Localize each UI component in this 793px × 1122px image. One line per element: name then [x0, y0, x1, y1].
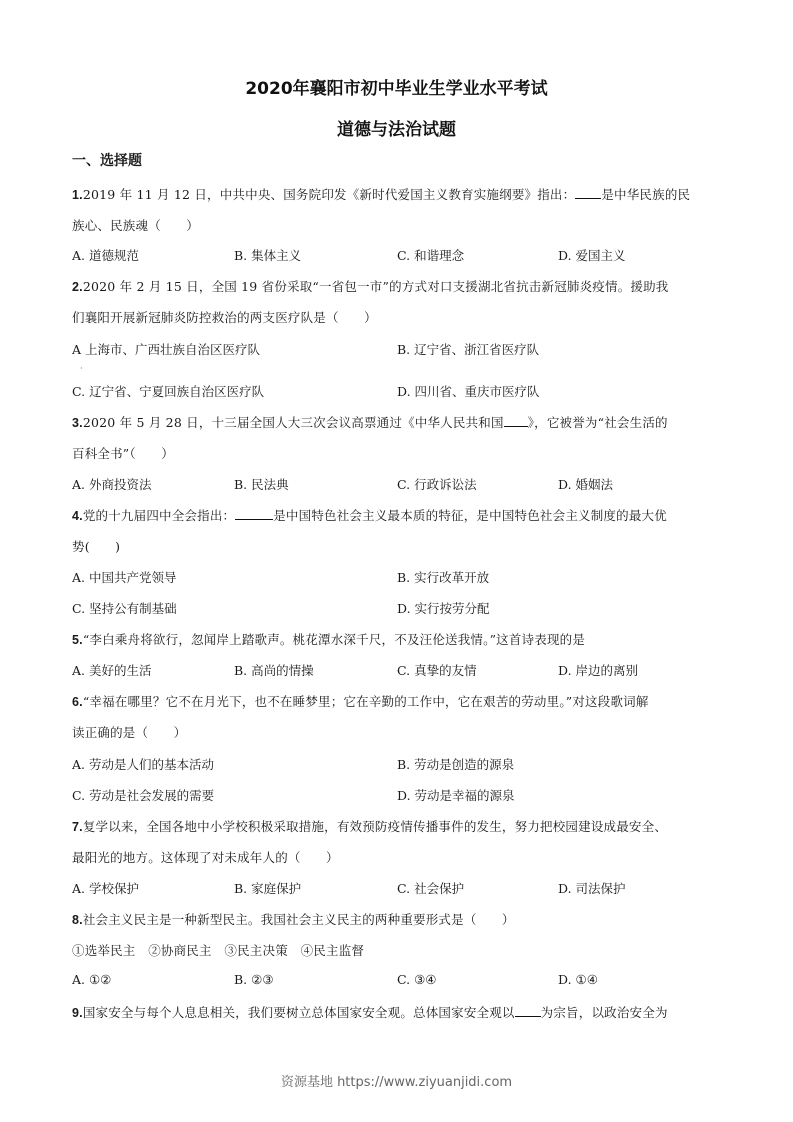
option-b: B. 辽宁省、浙江省医疗队 [397, 340, 539, 358]
question-number: 6. [72, 695, 83, 709]
option-c: C. 行政诉讼法 [397, 475, 477, 493]
question-8-line-1: 8.社会主义民主是一种新型民主。我国社会主义民主的两种重要形式是（ ） [72, 910, 515, 928]
option-a: A. ①② [72, 972, 111, 987]
option-a: A. 外商投资法 [72, 475, 151, 493]
answer-blank [504, 414, 528, 427]
question-8-statements: ①选举民主 ②协商民主 ③民主决策 ④民主监督 [72, 941, 364, 959]
option-a: A. 道德规范 [72, 246, 139, 264]
question-2-line-1: 2.2020 年 2 月 15 日，全国 19 省份采取“一省包一市”的方式对口… [72, 277, 669, 295]
question-6-line-1: 6.“幸福在哪里？它不在月光下，也不在睡梦里；它在辛勤的工作中，它在艰苦的劳动里… [72, 692, 649, 710]
option-d: D. 实行按劳分配 [397, 599, 490, 617]
question-5-line-1: 5.“李白乘舟将欲行，忽闻岸上踏歌声。桃花潭水深千尺，不及汪伦送我情。”这首诗表… [72, 630, 585, 648]
option-c: C. 社会保护 [397, 879, 464, 897]
question-number: 3. [72, 416, 83, 430]
question-1-line-1: 1.2019 年 11 月 12 日，中共中央、国务院印发《新时代爱国主义教育实… [72, 185, 690, 203]
question-number: 1. [72, 188, 83, 202]
option-c: C. 辽宁省、宁夏回族自治区医疗队 [72, 382, 264, 400]
question-number: 4. [72, 509, 83, 523]
option-b: B. 集体主义 [234, 246, 301, 264]
exam-subtitle: 道德与法治试题 [0, 115, 793, 140]
question-number: 7. [72, 820, 83, 834]
option-a: A. 中国共产党领导 [72, 568, 176, 586]
option-c: C. 和谐理念 [397, 246, 464, 264]
option-d: D. 岸边的离别 [558, 661, 638, 679]
question-7-line-1: 7.复学以来，全国各地中小学校积极采取措施，有效预防疫情传播事件的发生，努力把校… [72, 817, 667, 835]
option-b: B. 劳动是创造的源泉 [397, 755, 514, 773]
question-3-line-2: 百科全书”（ ） [72, 444, 174, 462]
option-c: C. 劳动是社会发展的需要 [72, 786, 214, 804]
question-7-line-2: 最阳光的地方。这体现了对未成年人的（ ） [72, 848, 339, 866]
question-number: 9. [72, 1006, 83, 1020]
question-4-line-2: 势( ) [72, 537, 120, 555]
question-number: 5. [72, 633, 83, 647]
section-heading: 一、选择题 [72, 150, 142, 170]
question-9-line-1: 9.国家安全与每个人息息相关，我们要树立总体国家安全观。总体国家安全观以为宗旨，… [72, 1003, 668, 1021]
exam-title: 2020年襄阳市初中毕业生学业水平考试 [0, 74, 793, 99]
question-2-line-2: 们襄阳开展新冠肺炎防控救治的两支医疗队是（ ） [72, 308, 377, 326]
option-a: A 上海市、广西壮族自治区医疗队 [72, 340, 260, 358]
option-d: D. 爱国主义 [558, 246, 626, 264]
option-d: D. 婚姻法 [558, 475, 613, 493]
option-a: A. 学校保护 [72, 879, 139, 897]
answer-blank [515, 1004, 541, 1017]
option-a: A. 劳动是人们的基本活动 [72, 755, 214, 773]
option-c: C. 坚持公有制基础 [72, 599, 177, 617]
option-b: B. 实行改革开放 [397, 568, 489, 586]
option-b: B. 民法典 [234, 475, 289, 493]
option-c: C. ③④ [397, 972, 436, 987]
question-number: 2. [72, 280, 83, 294]
answer-blank [575, 186, 601, 199]
question-1-line-2: 族心、民族魂（ ） [72, 216, 199, 234]
answer-blank [235, 507, 273, 520]
option-b: B. 家庭保护 [234, 879, 301, 897]
question-number: 8. [72, 913, 83, 927]
option-a: A. 美好的生活 [72, 661, 151, 679]
option-d: D. 劳动是幸福的源泉 [397, 786, 515, 804]
exam-page: 2020年襄阳市初中毕业生学业水平考试 道德与法治试题 一、选择题 1.2019… [0, 0, 793, 1122]
stray-mark: · [80, 364, 83, 373]
footer-watermark: 资源基地 https://www.ziyuanjidi.com [0, 1071, 793, 1090]
option-d: D. 四川省、重庆市医疗队 [397, 382, 540, 400]
option-c: C. 真挚的友情 [397, 661, 477, 679]
option-b: B. 高尚的情操 [234, 661, 314, 679]
question-6-line-2: 读正确的是（ ） [72, 723, 186, 741]
question-3-line-1: 3.2020 年 5 月 28 日，十三届全国人大三次会议高票通过《中华人民共和… [72, 413, 668, 431]
question-4-line-1: 4.党的十九届四中全会指出：是中国特色社会主义最本质的特征，是中国特色社会主义制… [72, 506, 667, 524]
option-d: D. ①④ [558, 972, 598, 987]
option-d: D. 司法保护 [558, 879, 626, 897]
option-b: B. ②③ [234, 972, 274, 987]
